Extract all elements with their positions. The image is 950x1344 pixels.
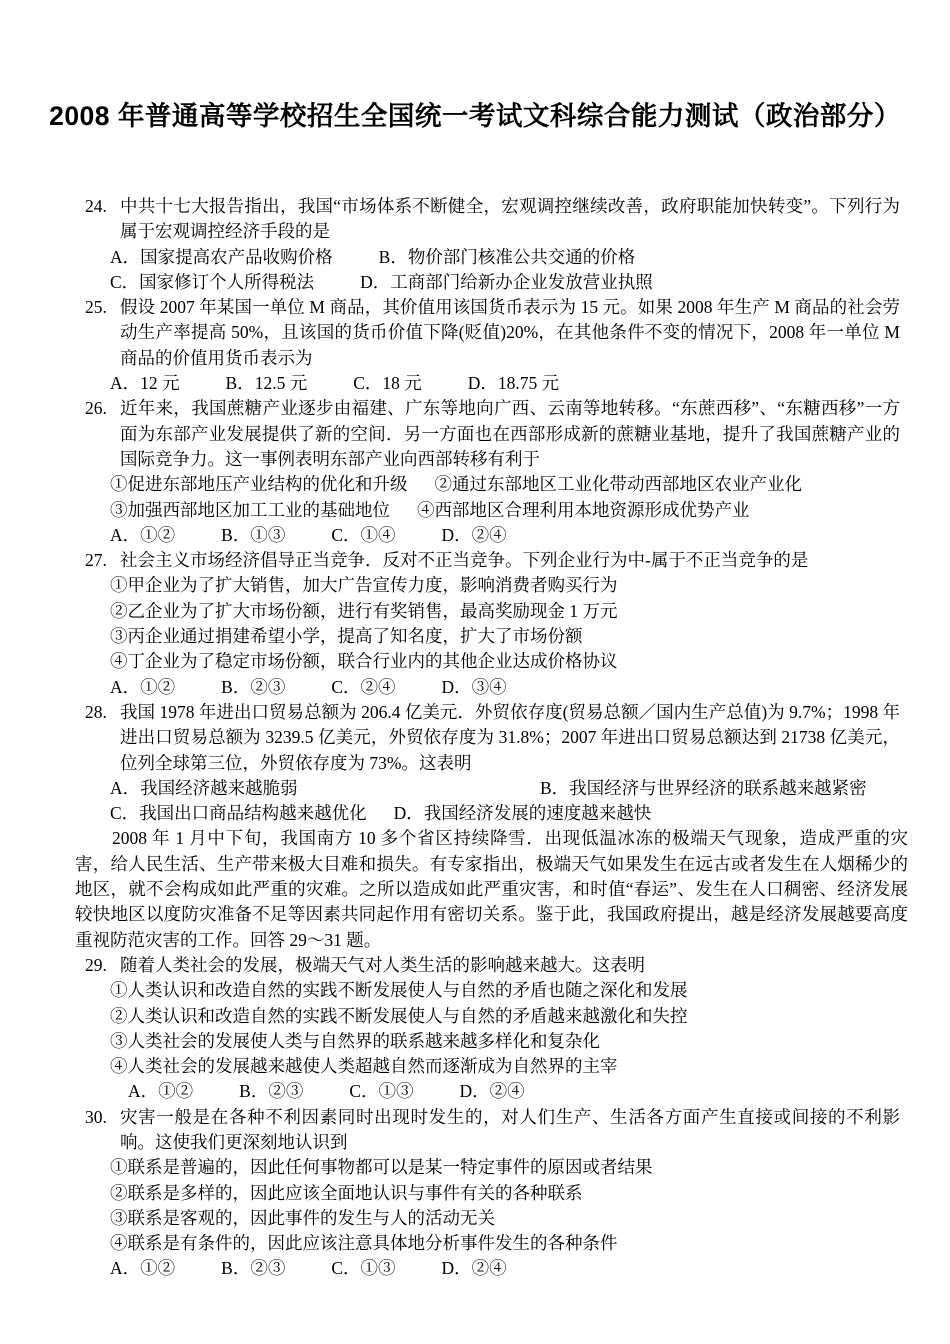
q26-item-1: ①促进东部地压产业结构的优化和升级 xyxy=(110,472,408,497)
item-row: ③丙企业通过捐建希望小学，提高了知名度，扩大了市场份额 xyxy=(110,624,900,649)
question-27-stem: 社会主义市场经济倡导正当竞争．反对不正当竞争。下列企业行为中-属于不正当竞争的是 xyxy=(120,548,900,573)
option-row: A．12 元 B．12.5 元 C．18 元 D．18.75 元 xyxy=(110,371,900,396)
question-25-stem: 假设 2007 年某国一单位 M 商品，其价值用该国货币表示为 15 元。如果 … xyxy=(120,295,900,371)
question-29-number: 29. xyxy=(85,953,120,978)
question-28-head: 28. 我国 1978 年进出口贸易总额为 206.4 亿美元．外贸依存度(贸易… xyxy=(85,700,900,776)
q26-item-2: ②通过东部地区工业化带动西部地区农业产业化 xyxy=(435,472,803,497)
option-row: C．国家修订个人所得税法 D．工商部门给新办企业发放营业执照 xyxy=(110,270,900,295)
question-24-options: A．国家提高农产品收购价格 B．物价部门核准公共交通的价格 C．国家修订个人所得… xyxy=(110,245,900,296)
q30-item-3: ③联系是客观的，因此事件的发生与人的活动无关 xyxy=(110,1206,495,1231)
q27-item-2: ②乙企业为了扩大市场份额，进行有奖销售，最高奖励现金 1 万元 xyxy=(110,599,618,624)
q28-option-d: D．我国经济发展的速度越来越快 xyxy=(394,801,652,826)
q29-item-1: ①人类认识和改造自然的实践不断发展使人与自然的矛盾也随之深化和发展 xyxy=(110,978,688,1003)
question-26-number: 26. xyxy=(85,396,120,421)
question-30: 30. 灾害一般是在各种不利因素同时出现时发生的，对人们生产、生活各方面产生直接… xyxy=(0,1105,950,1282)
option-row: A．①② B．②③ C．②④ D．③④ xyxy=(110,675,900,700)
item-row: ②人类认识和改造自然的实践不断发展使人与自然的矛盾越来越激化和失控 xyxy=(110,1004,900,1029)
q27-item-1: ①甲企业为了扩大销售，加大广告宣传力度，影响消费者购买行为 xyxy=(110,573,618,598)
q24-option-a: A．国家提高农产品收购价格 xyxy=(110,245,333,270)
question-24-head: 24. 中共十七大报告指出，我国“市场体系不断健全，宏观调控继续改善，政府职能加… xyxy=(85,194,900,245)
question-27: 27. 社会主义市场经济倡导正当竞争．反对不正当竞争。下列企业行为中-属于不正当… xyxy=(0,548,950,700)
q25-option-a: A．12 元 xyxy=(110,371,180,396)
q27-option-d: D．③④ xyxy=(442,675,507,700)
q27-option-a: A．①② xyxy=(110,675,175,700)
q26-item-4: ④西部地区合理利用本地资源形成优势产业 xyxy=(417,498,750,523)
item-row: ④丁企业为了稳定市场份额，联合行业内的其他企业达成价格协议 xyxy=(110,649,900,674)
option-row: A．①② B．①③ C．①④ D．②④ xyxy=(110,523,900,548)
q30-option-a: A．①② xyxy=(110,1256,175,1281)
q24-option-c: C．国家修订个人所得税法 xyxy=(110,270,314,295)
question-30-options: ①联系是普遍的，因此任何事物都可以是某一特定事件的原因或者结果 ②联系是多样的，… xyxy=(110,1155,900,1281)
q27-item-4: ④丁企业为了稳定市场份额，联合行业内的其他企业达成价格协议 xyxy=(110,649,618,674)
question-24-number: 24. xyxy=(85,194,120,219)
question-30-stem: 灾害一般是在各种不利因素同时出现时发生的，对人们生产、生活各方面产生直接或间接的… xyxy=(120,1105,900,1156)
q28-option-a: A．我国经济越来越脆弱 xyxy=(110,776,540,801)
q24-option-b: B．物价部门核准公共交通的价格 xyxy=(379,245,636,270)
question-28-stem: 我国 1978 年进出口贸易总额为 206.4 亿美元．外贸依存度(贸易总额／国… xyxy=(120,700,900,776)
item-row: ③加强西部地区加工工业的基础地位 ④西部地区合理利用本地资源形成优势产业 xyxy=(110,498,900,523)
q28-option-c: C．我国出口商品结构越来越优化 xyxy=(110,801,367,826)
question-26-options: ①促进东部地压产业结构的优化和升级 ②通过东部地区工业化带动西部地区农业产业化 … xyxy=(110,472,900,548)
q26-option-c: C．①④ xyxy=(331,523,395,548)
question-27-number: 27. xyxy=(85,548,120,573)
question-26-head: 26. 近年来，我国蔗糖产业逐步由福建、广东等地向广西、云南等地转移。“东蔗西移… xyxy=(85,396,900,472)
q26-option-b: B．①③ xyxy=(221,523,285,548)
option-row: A．①② B．②③ C．①③ D．②④ xyxy=(110,1256,900,1281)
option-row: C．我国出口商品结构越来越优化 D．我国经济发展的速度越来越快 xyxy=(110,801,900,826)
question-25-options: A．12 元 B．12.5 元 C．18 元 D．18.75 元 xyxy=(110,371,900,396)
q27-option-c: C．②④ xyxy=(331,675,395,700)
item-row: ③人类社会的发展使人类与自然界的联系越来越多样化和复杂化 xyxy=(110,1029,900,1054)
q28-option-b: B．我国经济与世界经济的联系越来越紧密 xyxy=(540,776,867,801)
q29-item-2: ②人类认识和改造自然的实践不断发展使人与自然的矛盾越来越激化和失控 xyxy=(110,1004,688,1029)
question-29: 29. 随着人类社会的发展，极端天气对人类生活的影响越来越大。这表明 ①人类认识… xyxy=(0,953,950,1105)
question-24-stem: 中共十七大报告指出，我国“市场体系不断健全，宏观调控继续改善，政府职能加快转变”… xyxy=(120,194,900,245)
option-row: A．我国经济越来越脆弱 B．我国经济与世界经济的联系越来越紧密 xyxy=(110,776,900,801)
question-29-head: 29. 随着人类社会的发展，极端天气对人类生活的影响越来越大。这表明 xyxy=(85,953,900,978)
question-29-stem: 随着人类社会的发展，极端天气对人类生活的影响越来越大。这表明 xyxy=(120,953,900,978)
question-30-head: 30. 灾害一般是在各种不利因素同时出现时发生的，对人们生产、生活各方面产生直接… xyxy=(85,1105,900,1156)
q26-option-a: A．①② xyxy=(110,523,175,548)
q29-item-3: ③人类社会的发展使人类与自然界的联系越来越多样化和复杂化 xyxy=(110,1029,600,1054)
q24-option-d: D．工商部门给新办企业发放营业执照 xyxy=(360,270,653,295)
passage-29-31: 2008 年 1 月中下旬，我国南方 10 多个省区持续降雪．出现低温冰冻的极端… xyxy=(0,826,950,952)
q29-item-4: ④人类社会的发展越来越使人类超越自然而逐渐成为自然界的主宰 xyxy=(110,1054,618,1079)
q29-option-a: A．①② xyxy=(128,1079,193,1104)
question-25-number: 25. xyxy=(85,295,120,320)
q29-option-c: C．①③ xyxy=(349,1079,413,1104)
q27-option-b: B．②③ xyxy=(221,675,285,700)
question-27-options: ①甲企业为了扩大销售，加大广告宣传力度，影响消费者购买行为 ②乙企业为了扩大市场… xyxy=(110,573,900,699)
q30-option-b: B．②③ xyxy=(221,1256,285,1281)
option-row: A．①② B．②③ C．①③ D．②④ xyxy=(128,1079,900,1104)
question-29-options: ①人类认识和改造自然的实践不断发展使人与自然的矛盾也随之深化和发展 ②人类认识和… xyxy=(110,978,900,1104)
item-row: ②联系是多样的，因此应该全面地认识与事件有关的各种联系 xyxy=(110,1181,900,1206)
q26-item-3: ③加强西部地区加工工业的基础地位 xyxy=(110,498,390,523)
q30-option-d: D．②④ xyxy=(442,1256,507,1281)
item-row: ②乙企业为了扩大市场份额，进行有奖销售，最高奖励现金 1 万元 xyxy=(110,599,900,624)
exam-page: 2008 年普通高等学校招生全国统一考试文科综合能力测试（政治部分） 24. 中… xyxy=(0,0,950,1344)
q30-item-4: ④联系是有条件的，因此应该注意具体地分析事件发生的各种条件 xyxy=(110,1231,618,1256)
q25-option-b: B．12.5 元 xyxy=(226,371,308,396)
question-28-options: A．我国经济越来越脆弱 B．我国经济与世界经济的联系越来越紧密 C．我国出口商品… xyxy=(110,776,900,827)
q30-option-c: C．①③ xyxy=(331,1256,395,1281)
question-28: 28. 我国 1978 年进出口贸易总额为 206.4 亿美元．外贸依存度(贸易… xyxy=(0,700,950,826)
question-26: 26. 近年来，我国蔗糖产业逐步由福建、广东等地向广西、云南等地转移。“东蔗西移… xyxy=(0,396,950,548)
item-row: ①促进东部地压产业结构的优化和升级 ②通过东部地区工业化带动西部地区农业产业化 xyxy=(110,472,900,497)
question-30-number: 30. xyxy=(85,1105,120,1130)
question-26-stem: 近年来，我国蔗糖产业逐步由福建、广东等地向广西、云南等地转移。“东蔗西移”、“东… xyxy=(120,396,900,472)
page-title: 2008 年普通高等学校招生全国统一考试文科综合能力测试（政治部分） xyxy=(0,98,950,134)
item-row: ③联系是客观的，因此事件的发生与人的活动无关 xyxy=(110,1206,900,1231)
item-row: ①联系是普遍的，因此任何事物都可以是某一特定事件的原因或者结果 xyxy=(110,1155,900,1180)
question-25: 25. 假设 2007 年某国一单位 M 商品，其价值用该国货币表示为 15 元… xyxy=(0,295,950,396)
q25-option-d: D．18.75 元 xyxy=(468,371,559,396)
item-row: ④人类社会的发展越来越使人类超越自然而逐渐成为自然界的主宰 xyxy=(110,1054,900,1079)
item-row: ④联系是有条件的，因此应该注意具体地分析事件发生的各种条件 xyxy=(110,1231,900,1256)
item-row: ①甲企业为了扩大销售，加大广告宣传力度，影响消费者购买行为 xyxy=(110,573,900,598)
q29-option-d: D．②④ xyxy=(460,1079,525,1104)
question-27-head: 27. 社会主义市场经济倡导正当竞争．反对不正当竞争。下列企业行为中-属于不正当… xyxy=(85,548,900,573)
q26-option-d: D．②④ xyxy=(442,523,507,548)
item-row: ①人类认识和改造自然的实践不断发展使人与自然的矛盾也随之深化和发展 xyxy=(110,978,900,1003)
question-25-head: 25. 假设 2007 年某国一单位 M 商品，其价值用该国货币表示为 15 元… xyxy=(85,295,900,371)
q29-option-b: B．②③ xyxy=(239,1079,303,1104)
question-24: 24. 中共十七大报告指出，我国“市场体系不断健全，宏观调控继续改善，政府职能加… xyxy=(0,194,950,295)
question-28-number: 28. xyxy=(85,700,120,725)
q25-option-c: C．18 元 xyxy=(353,371,422,396)
q30-item-1: ①联系是普遍的，因此任何事物都可以是某一特定事件的原因或者结果 xyxy=(110,1155,653,1180)
q27-item-3: ③丙企业通过捐建希望小学，提高了知名度，扩大了市场份额 xyxy=(110,624,583,649)
option-row: A．国家提高农产品收购价格 B．物价部门核准公共交通的价格 xyxy=(110,245,900,270)
q30-item-2: ②联系是多样的，因此应该全面地认识与事件有关的各种联系 xyxy=(110,1181,583,1206)
